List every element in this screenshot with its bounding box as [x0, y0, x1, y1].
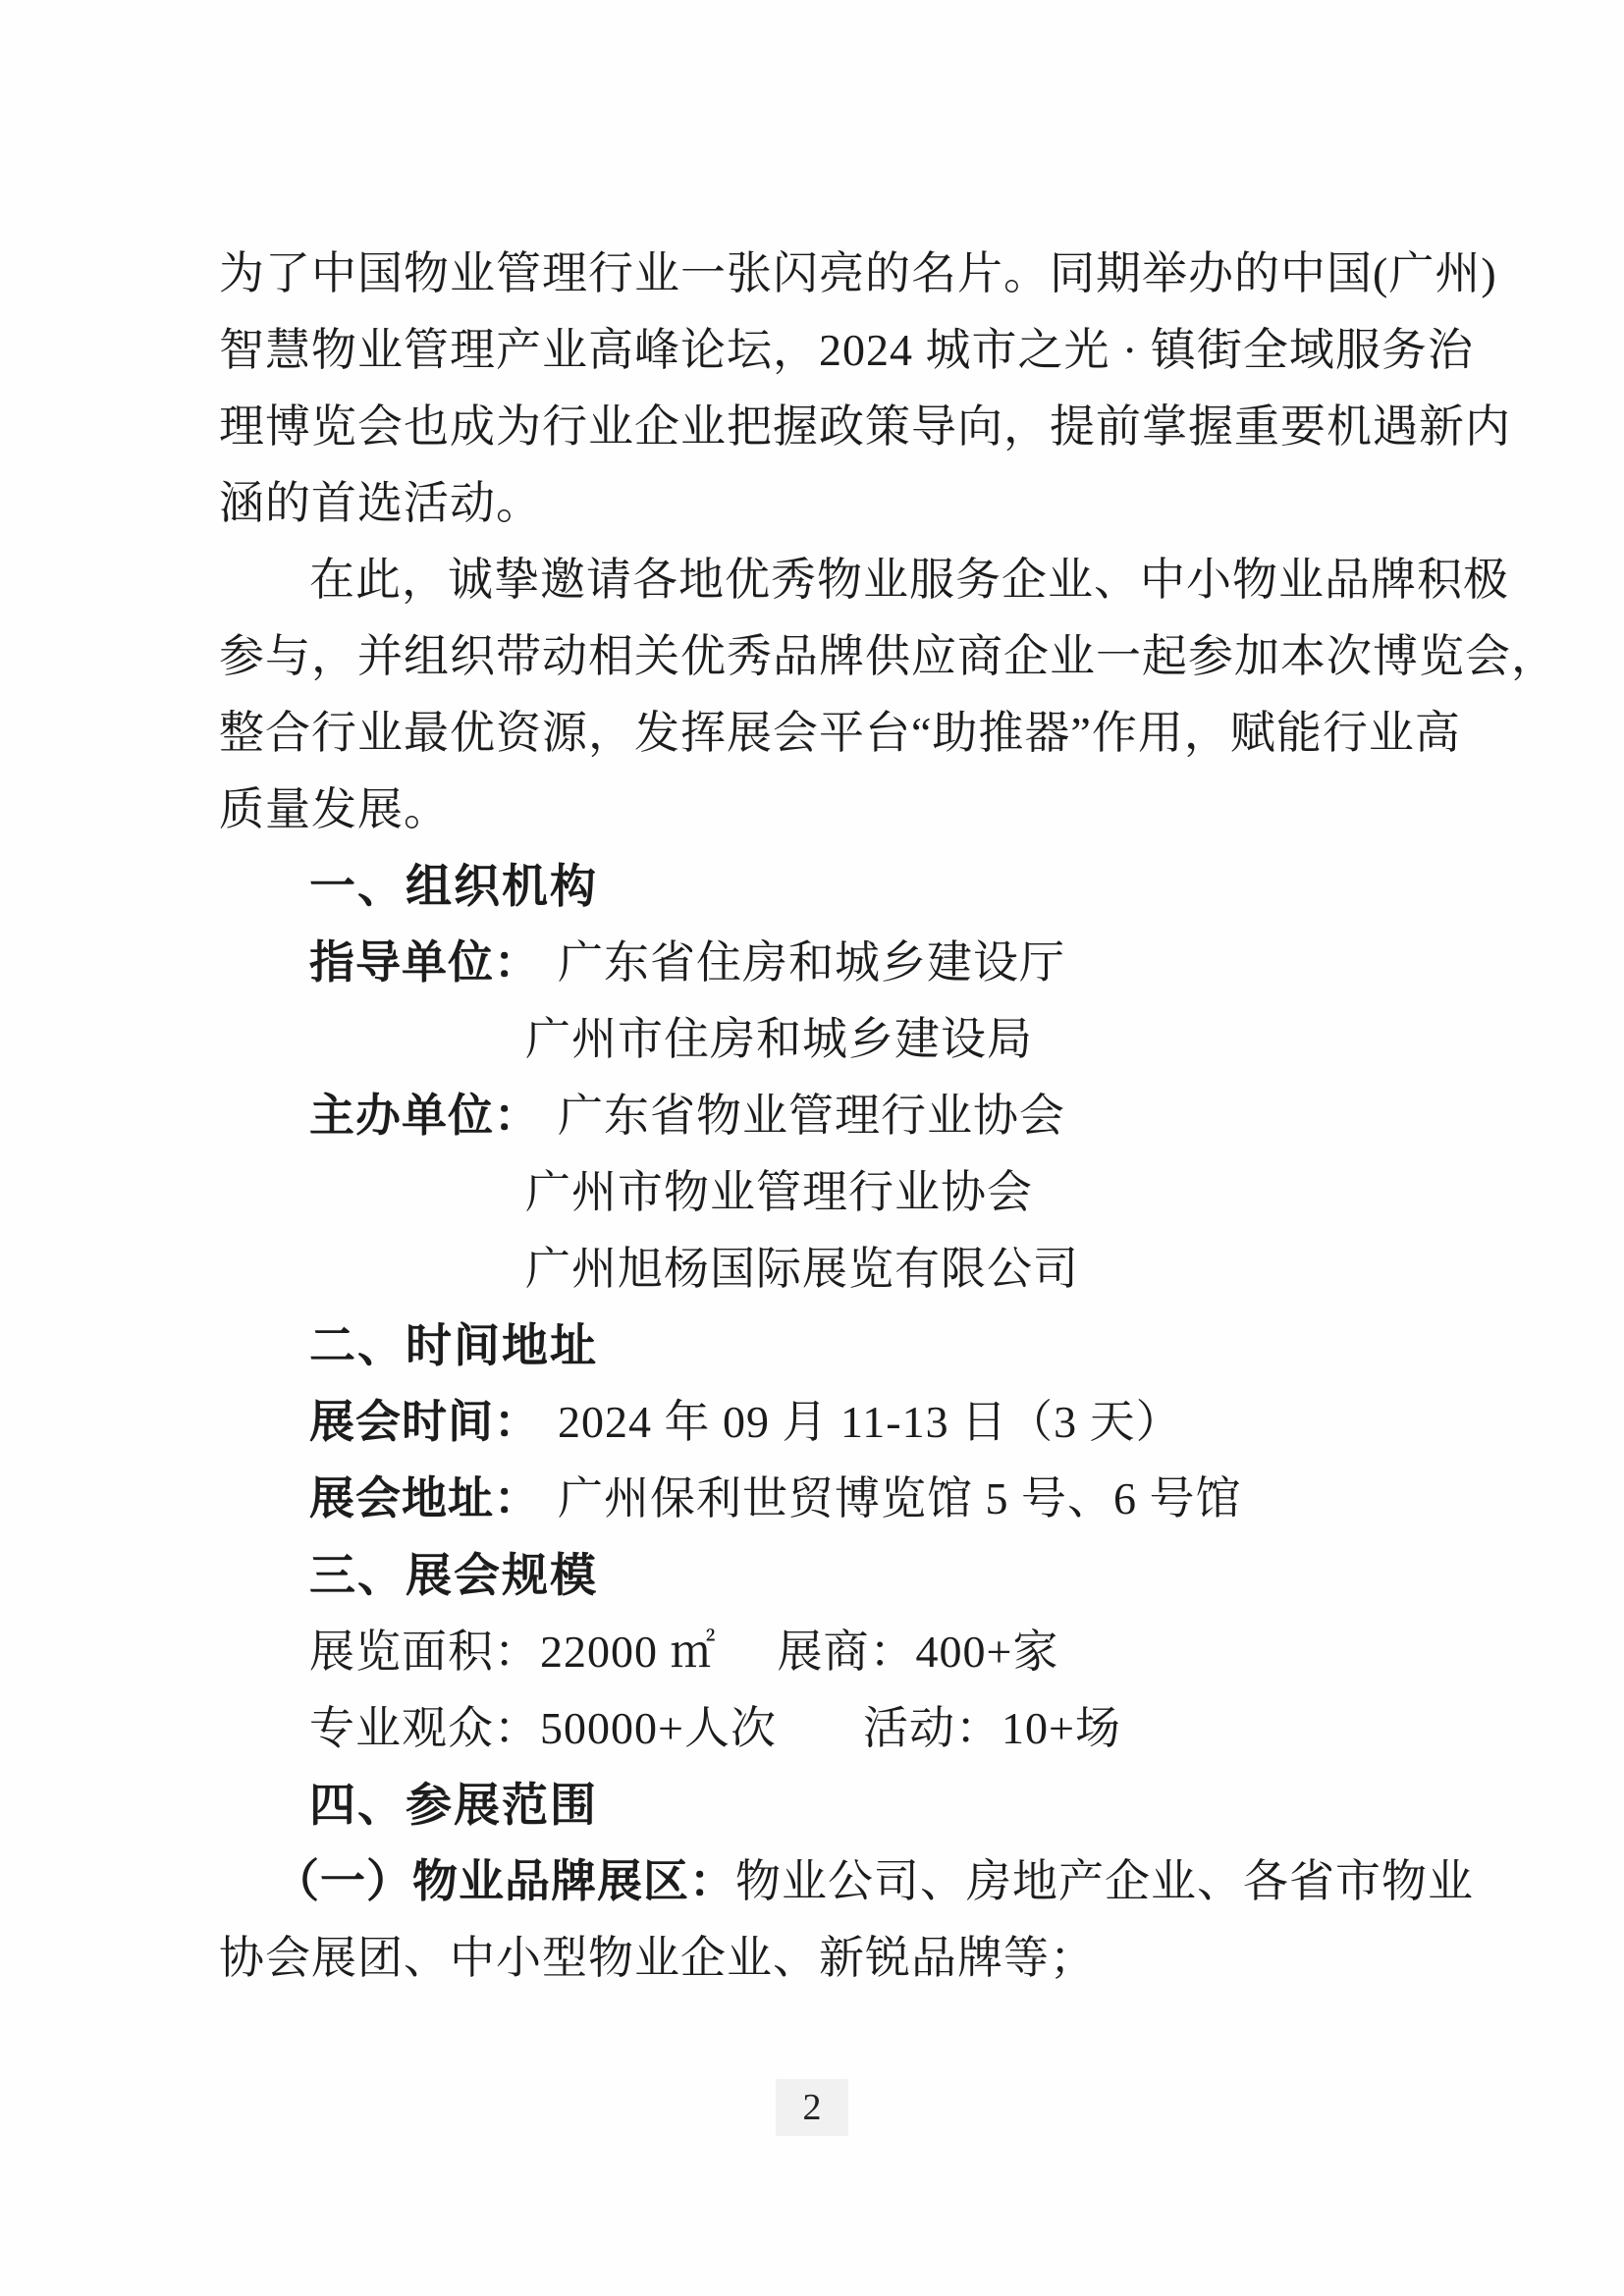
field-value: 广州保利世贸博览馆 5 号、6 号馆: [558, 1473, 1242, 1523]
section-heading-organization: 一、组织机构: [219, 848, 1440, 925]
field-label: 展会地址：: [309, 1473, 540, 1523]
body-text: 在此，诚挚邀请各地优秀物业服务企业、中小物业品牌积极: [309, 555, 1509, 605]
field-value: 广州市住房和城乡建设局: [525, 1014, 1033, 1064]
heading-text: 三、展会规模: [309, 1549, 598, 1601]
body-line-zone1: 协会展团、中小型物业企业、新锐品牌等；: [219, 1920, 1440, 1997]
body-text: 为了中国物业管理行业一张闪亮的名片。同期举办的中国(广州): [219, 248, 1497, 298]
stat-visitors: 专业观众：50000+人次: [309, 1703, 777, 1753]
field-value: 2024 年 09 月 11-13 日（3 天）: [558, 1397, 1182, 1447]
field-line-host-units: 主办单位：广东省物业管理行业协会: [219, 1078, 1440, 1154]
body-text: 整合行业最优资源，发挥展会平台“助推器”作用，赋能行业高: [219, 708, 1461, 758]
field-value: 广州旭杨国际展览有限公司: [525, 1244, 1079, 1294]
field-line-host-units: 广州旭杨国际展览有限公司: [219, 1231, 1440, 1308]
document-body: 为了中国物业管理行业一张闪亮的名片。同期举办的中国(广州) 智慧物业管理产业高峰…: [219, 236, 1440, 1997]
field-line-expo-address: 展会地址：广州保利世贸博览馆 5 号、6 号馆: [219, 1461, 1440, 1537]
body-line: 质量发展。: [219, 772, 1440, 848]
body-text: 理博览会也成为行业企业把握政策导向，提前掌握重要机遇新内: [219, 401, 1511, 452]
field-label: 展会时间：: [309, 1397, 540, 1447]
body-text: 涵的首选活动。: [219, 478, 542, 528]
section-heading-time-address: 二、时间地址: [219, 1308, 1440, 1384]
body-line: 为了中国物业管理行业一张闪亮的名片。同期举办的中国(广州): [219, 236, 1440, 312]
section-heading-exhibit-scope: 四、参展范围: [219, 1767, 1440, 1843]
stat-area: 展览面积：22000 ㎡: [309, 1627, 717, 1677]
stats-line-area-exhibitors: 展览面积：22000 ㎡展商：400+家: [219, 1614, 1440, 1690]
zone-label: （一）物业品牌展区：: [274, 1856, 735, 1906]
page-number: 2: [776, 2079, 848, 2136]
body-text: 参与，并组织带动相关优秀品牌供应商企业一起参加本次博览会，: [219, 631, 1557, 681]
body-line: 在此，诚挚邀请各地优秀物业服务企业、中小物业品牌积极: [219, 542, 1440, 618]
field-line-expo-time: 展会时间：2024 年 09 月 11-13 日（3 天）: [219, 1384, 1440, 1461]
field-line-host-units: 广州市物业管理行业协会: [219, 1154, 1440, 1231]
body-text: 智慧物业管理产业高峰论坛，2024 城市之光 · 镇街全域服务治: [219, 325, 1474, 375]
field-value: 广东省物业管理行业协会: [558, 1091, 1065, 1141]
body-line: 参与，并组织带动相关优秀品牌供应商企业一起参加本次博览会，: [219, 618, 1440, 695]
field-line-guiding-units: 广州市住房和城乡建设局: [219, 1001, 1440, 1078]
body-line-zone1: （一）物业品牌展区：物业公司、房地产企业、各省市物业: [219, 1843, 1440, 1920]
field-label: 指导单位：: [309, 937, 540, 988]
body-line: 涵的首选活动。: [219, 465, 1440, 542]
stat-exhibitors: 展商：400+家: [778, 1614, 1059, 1690]
body-line: 整合行业最优资源，发挥展会平台“助推器”作用，赋能行业高: [219, 695, 1440, 772]
page-footer: 2: [0, 2079, 1624, 2136]
stats-line-visitors-events: 专业观众：50000+人次活动：10+场: [219, 1690, 1440, 1767]
field-value: 广州市物业管理行业协会: [525, 1167, 1033, 1217]
field-line-guiding-units: 指导单位：广东省住房和城乡建设厅: [219, 925, 1440, 1001]
body-text: 质量发展。: [219, 784, 450, 834]
section-heading-scale: 三、展会规模: [219, 1537, 1440, 1614]
heading-text: 四、参展范围: [309, 1779, 598, 1831]
body-line: 理博览会也成为行业企业把握政策导向，提前掌握重要机遇新内: [219, 389, 1440, 465]
document-page: 为了中国物业管理行业一张闪亮的名片。同期举办的中国(广州) 智慧物业管理产业高峰…: [0, 0, 1624, 2296]
zone-text: 物业公司、房地产企业、各省市物业: [735, 1856, 1474, 1906]
heading-text: 二、时间地址: [309, 1319, 598, 1371]
field-value: 广东省住房和城乡建设厅: [558, 937, 1065, 988]
body-line: 智慧物业管理产业高峰论坛，2024 城市之光 · 镇街全域服务治: [219, 312, 1440, 389]
heading-text: 一、组织机构: [309, 860, 598, 912]
stat-events: 活动：10+场: [863, 1690, 1121, 1767]
zone-text: 协会展团、中小型物业企业、新锐品牌等；: [219, 1933, 1096, 1983]
field-label: 主办单位：: [309, 1091, 540, 1141]
